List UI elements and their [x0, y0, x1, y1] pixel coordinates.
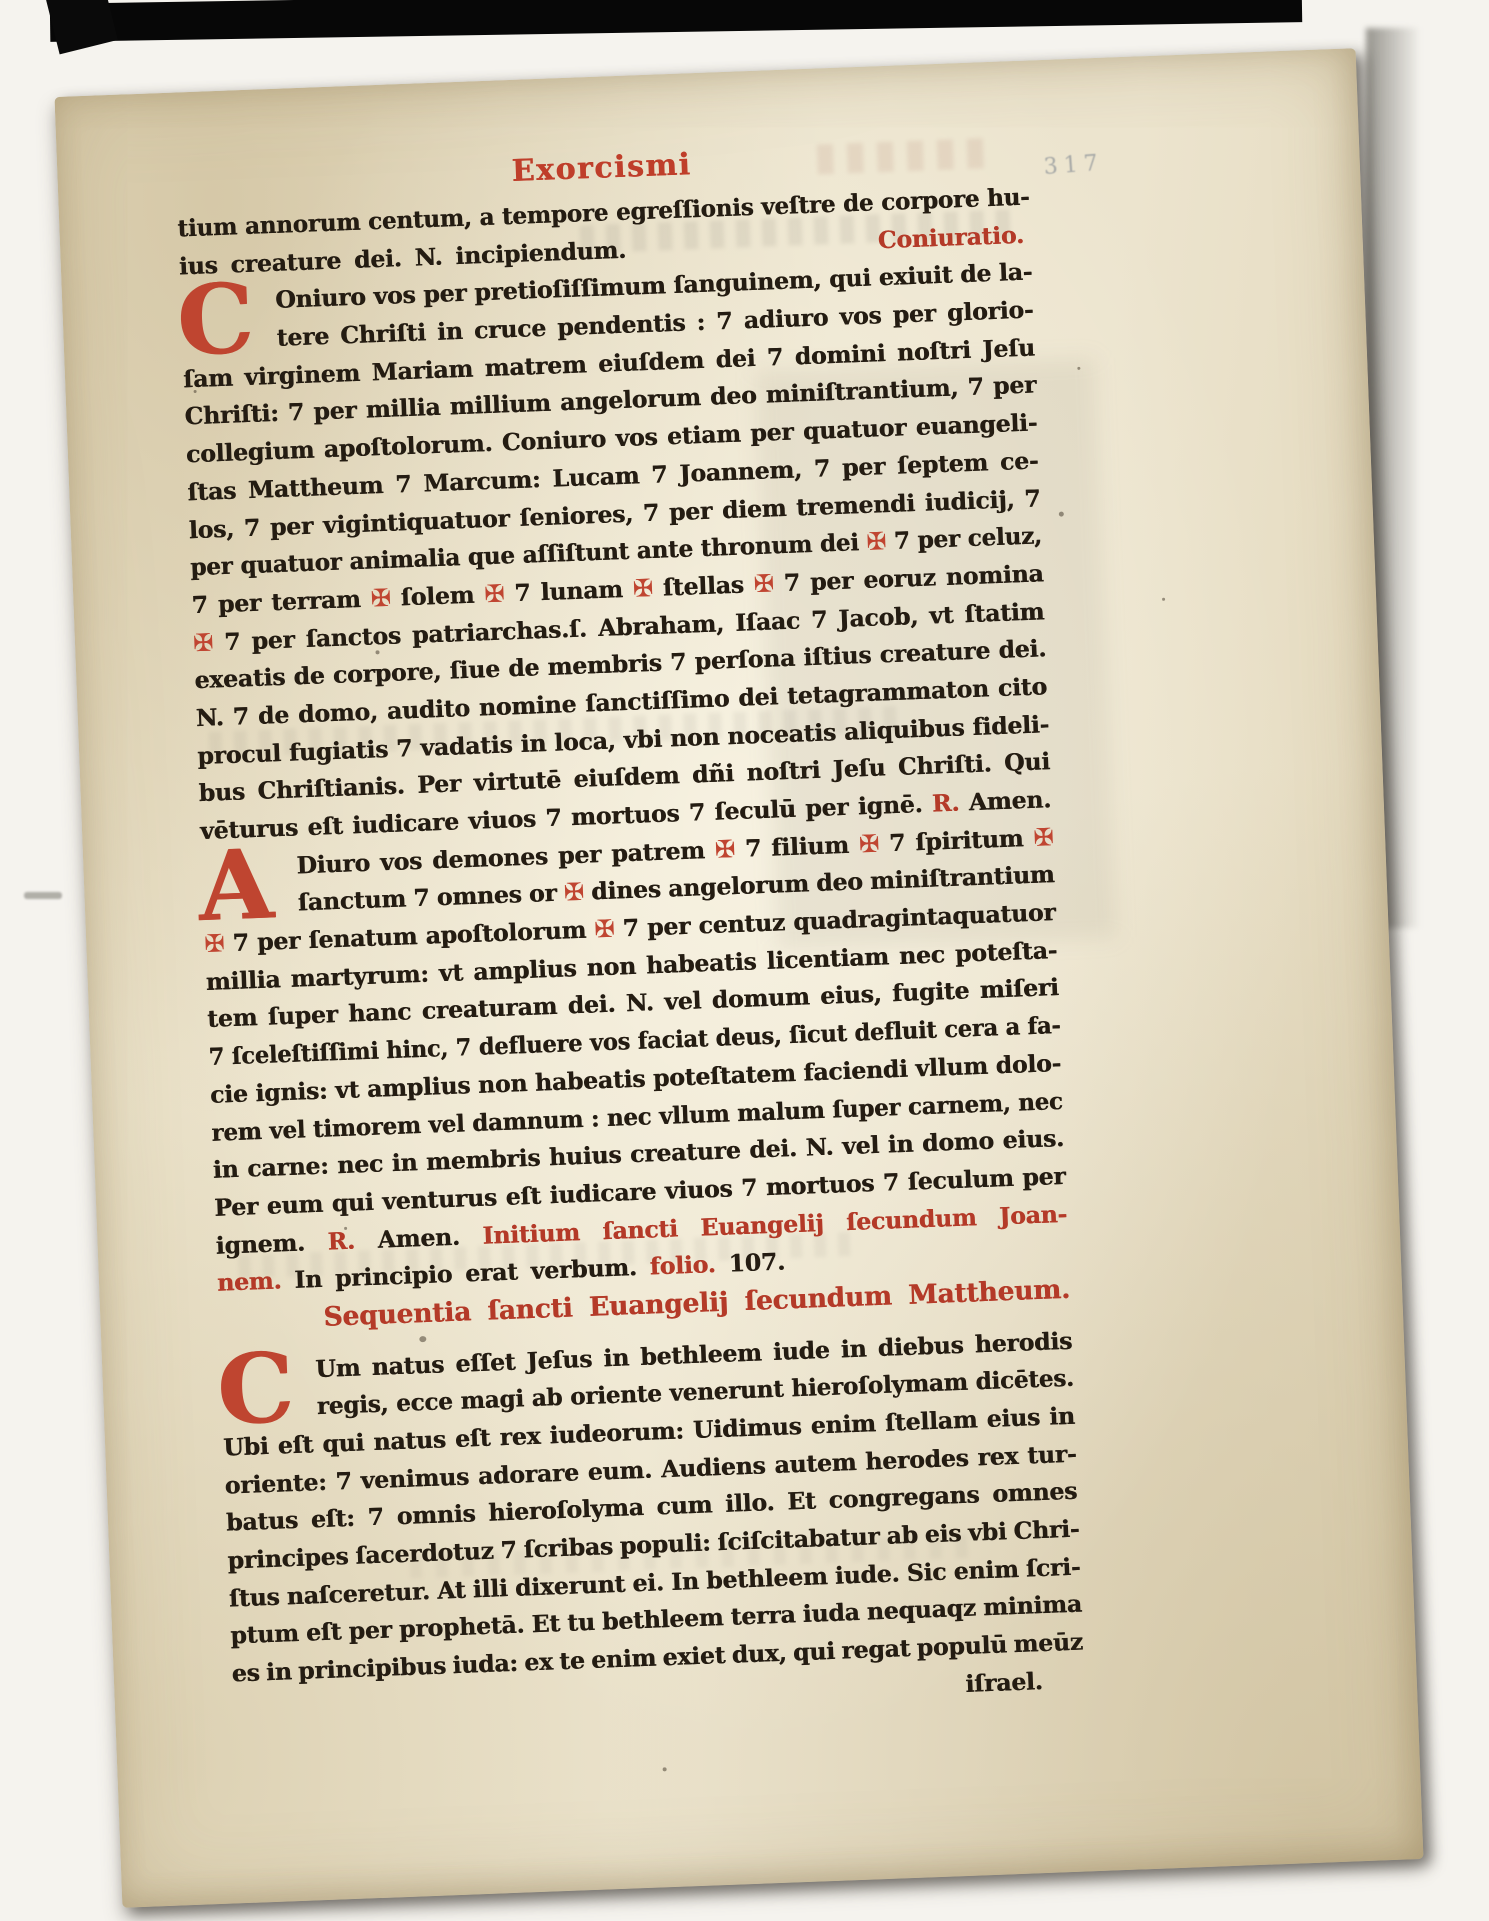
maltese-cross-icon: ✠ [632, 574, 653, 603]
maltese-cross-icon: ✠ [204, 929, 225, 958]
maltese-cross-icon: ✠ [193, 628, 214, 657]
body-text: ignem. [215, 1227, 328, 1259]
body-text: 7 per eoruz nomina [773, 559, 1044, 597]
manuscript-leaf: Exorcismi 317 tium annorum centum, a tem… [54, 48, 1423, 1908]
body-text: Amen. [959, 785, 1052, 816]
maltese-cross-icon: ✠ [370, 584, 391, 613]
body-text: 107. [728, 1248, 785, 1278]
rubric-text: R. [931, 789, 959, 818]
body-text: 7 per celuz, [885, 522, 1042, 556]
body-text: ſolem [390, 580, 485, 611]
maltese-cross-icon: ✠ [753, 569, 774, 598]
paper-speck [663, 1767, 667, 1771]
maltese-cross-icon: ✠ [866, 527, 887, 556]
maltese-cross-icon: ✠ [858, 829, 879, 858]
body-text: ſtellas [652, 570, 754, 602]
maltese-cross-icon: ✠ [484, 579, 505, 608]
body-text: 7 ſpiritum [878, 824, 1034, 858]
maltese-cross-icon: ✠ [594, 915, 615, 944]
rubric-text: folio. [649, 1250, 729, 1281]
text-block: tium annorum centum, a tempore egreſſion… [177, 179, 1085, 1731]
body-text: Amen. [354, 1221, 483, 1254]
spacer [626, 248, 878, 257]
paper-speck [1162, 598, 1165, 601]
scanner-background-corner [46, 0, 118, 54]
paper-speck [1077, 367, 1080, 370]
rubric-text: nem. [217, 1266, 295, 1297]
scanner-left-mark [24, 892, 62, 899]
body-text: iſrael. [965, 1667, 1043, 1698]
body-text: 7 lunam [504, 575, 634, 608]
body-text: 7 filium [734, 830, 859, 863]
scanner-background-bar [50, 0, 1302, 42]
paper-speck [1059, 511, 1064, 516]
maltese-cross-icon: ✠ [1033, 823, 1054, 852]
body-text: ſanctum 7 omnes or [297, 879, 564, 917]
body-text: 7 per terram [191, 584, 371, 619]
rubric-text: R. [327, 1226, 355, 1255]
maltese-cross-icon: ✠ [563, 878, 584, 907]
faint-folio-number: 317 [1043, 151, 1105, 180]
maltese-cross-icon: ✠ [714, 835, 735, 864]
rubric-text: Coniuratio. [877, 220, 1024, 253]
